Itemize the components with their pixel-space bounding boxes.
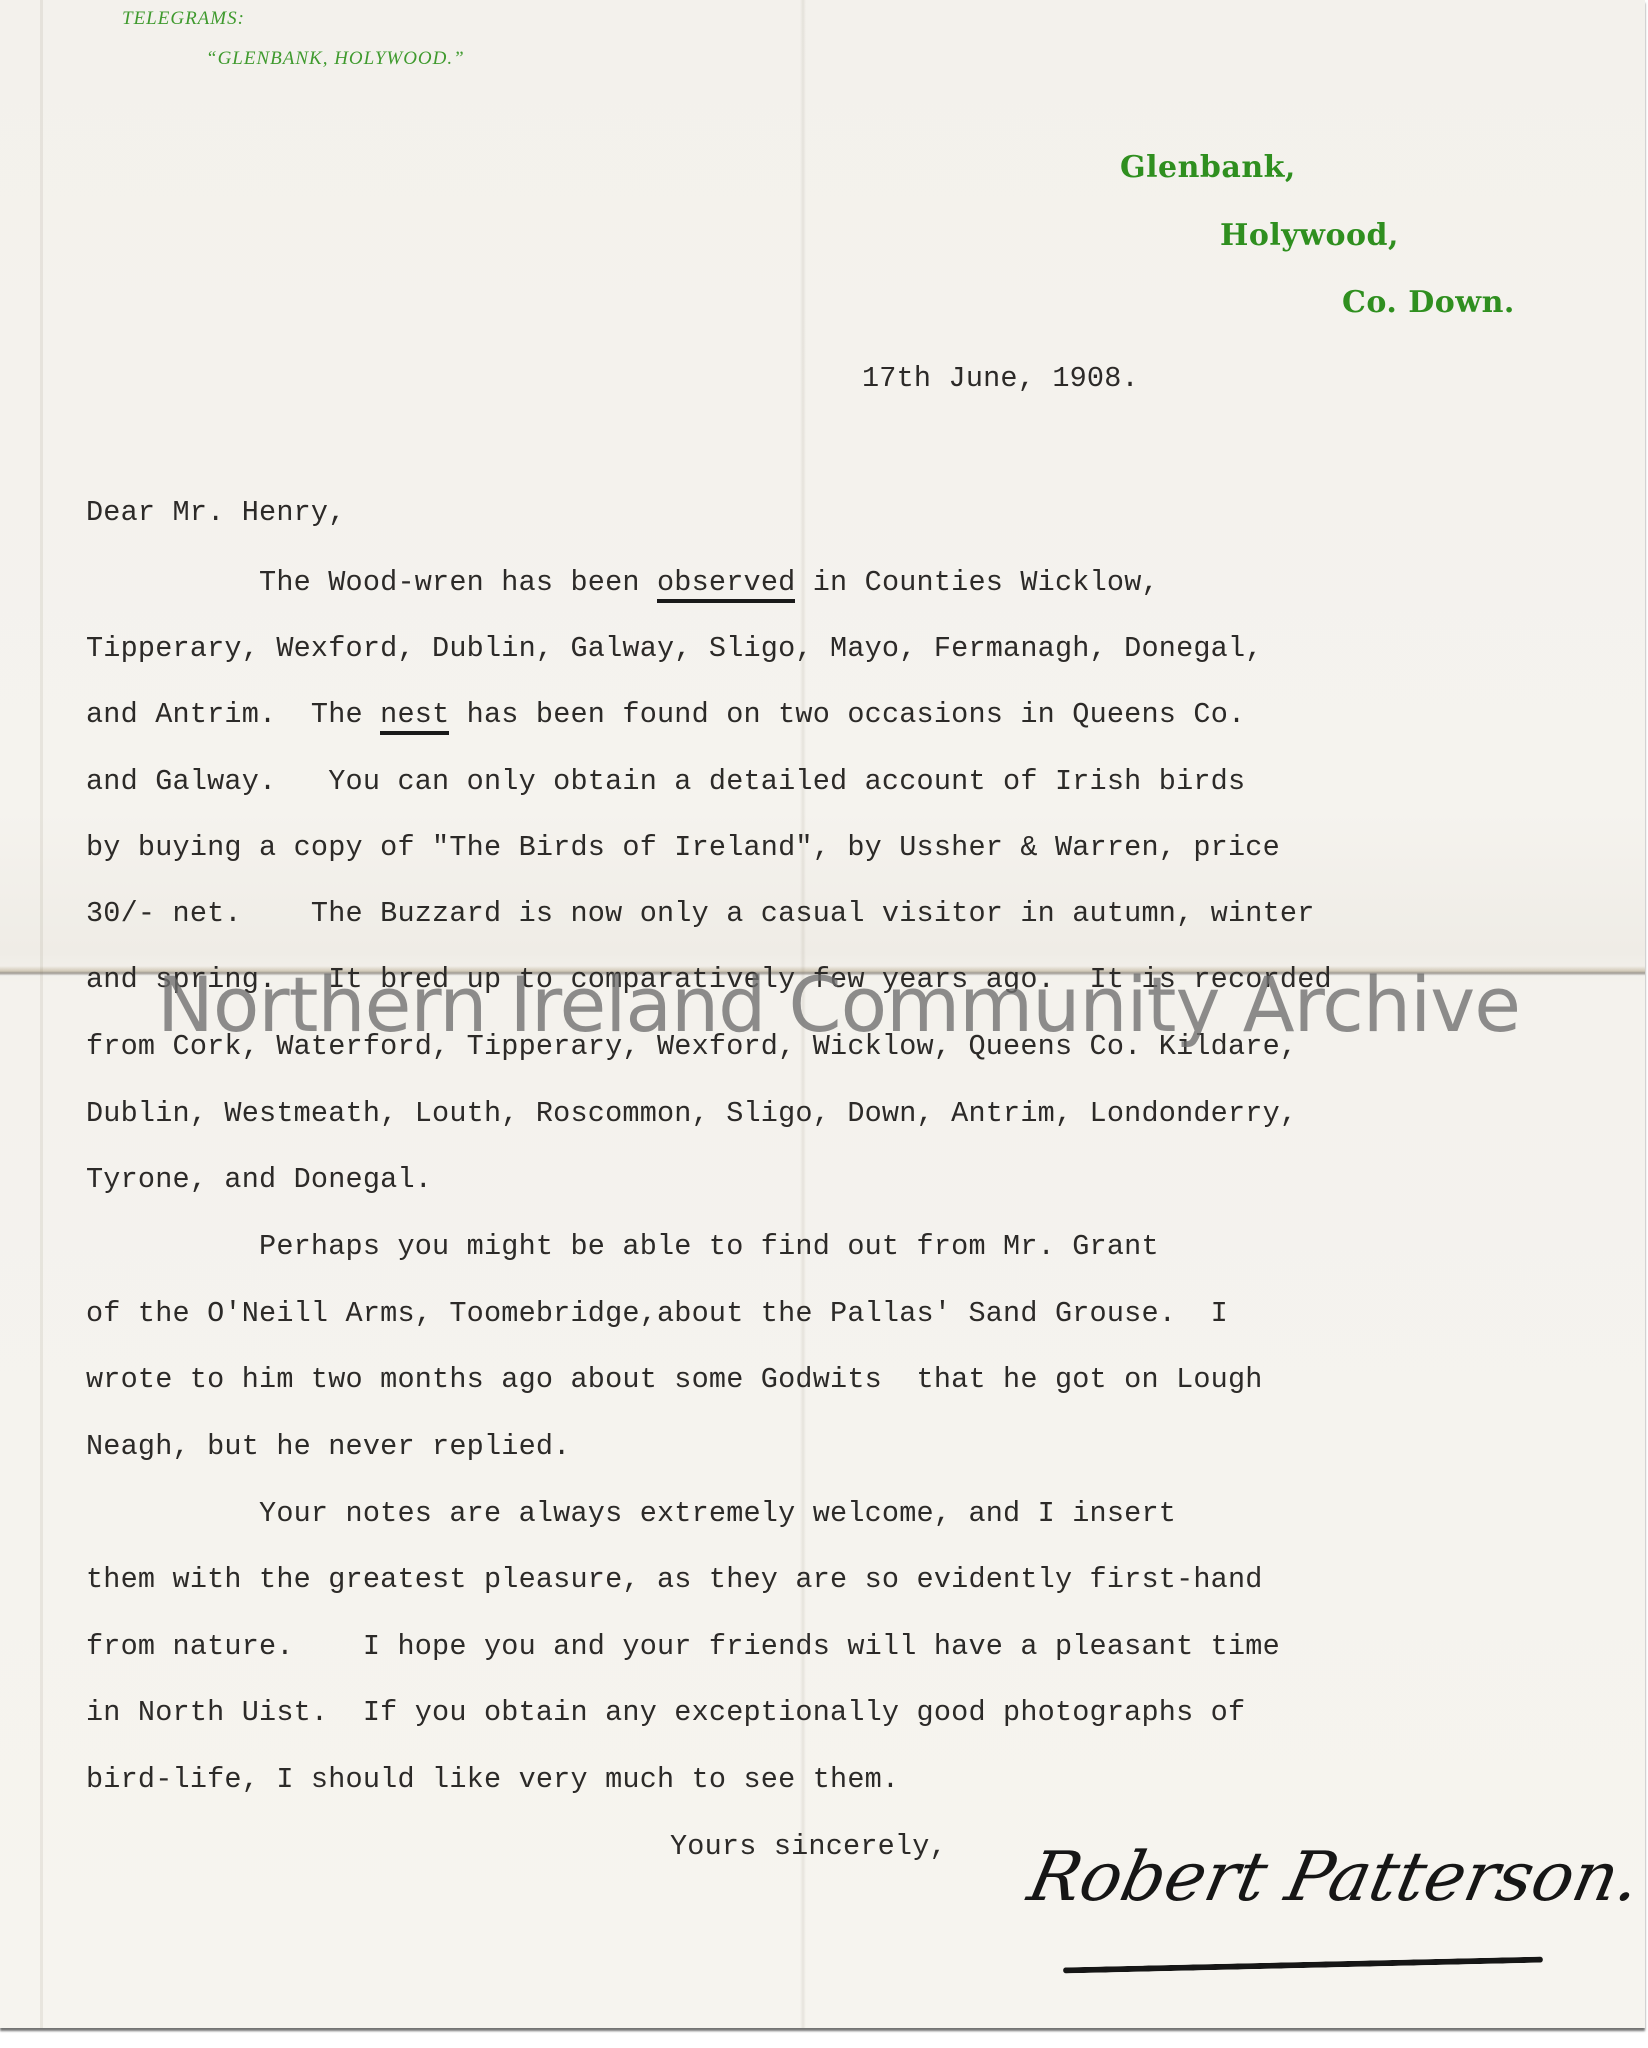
telegrams-address: “GLENBANK, HOLYWOOD.” [206, 48, 465, 70]
body-line-18: in North Uist. If you obtain any excepti… [86, 1696, 1245, 1729]
archive-watermark: Northern Ireland Community Archive [157, 960, 1520, 1049]
closing: Yours sincerely, [670, 1830, 947, 1863]
underlined-nest: nest [380, 698, 449, 735]
address-line-1: Glenbank, [1120, 150, 1296, 185]
body-line-1-end: in Counties Wicklow, [795, 566, 1158, 599]
signature-underline [1063, 1957, 1543, 1974]
letter-date: 17th June, 1908. [862, 362, 1139, 395]
body-line-17: from nature. I hope you and your friends… [86, 1630, 1280, 1663]
body-line-1-start: The Wood-wren has been [86, 566, 657, 599]
address-line-3: Co. Down. [1342, 285, 1515, 320]
body-line-4: and Galway. You can only obtain a detail… [86, 765, 1245, 798]
body-line-1: The Wood-wren has been observed in Count… [86, 566, 1159, 599]
telegrams-label: TELEGRAMS: [122, 8, 245, 30]
signature: Robert Patterson. [1022, 1838, 1648, 1917]
salutation: Dear Mr. Henry, [86, 496, 346, 529]
body-line-11: Perhaps you might be able to find out fr… [86, 1230, 1159, 1263]
body-line-10: Tyrone, and Donegal. [86, 1163, 432, 1196]
body-line-3-end: has been found on two occasions in Queen… [449, 698, 1245, 731]
body-line-13: wrote to him two months ago about some G… [86, 1363, 1263, 1396]
body-line-6: 30/- net. The Buzzard is now only a casu… [86, 897, 1315, 930]
letter-page: TELEGRAMS: “GLENBANK, HOLYWOOD.” Glenban… [0, 0, 1645, 2028]
body-line-12: of the O'Neill Arms, Toomebridge,about t… [86, 1297, 1228, 1330]
body-line-9: Dublin, Westmeath, Louth, Roscommon, Sli… [86, 1097, 1297, 1130]
body-line-3-start: and Antrim. The [86, 698, 380, 731]
body-line-14: Neagh, but he never replied. [86, 1430, 570, 1463]
body-line-15: Your notes are always extremely welcome,… [86, 1497, 1176, 1530]
body-line-16: them with the greatest pleasure, as they… [86, 1563, 1263, 1596]
underlined-observed: observed [657, 566, 795, 603]
left-crease [40, 0, 43, 2028]
body-line-2: Tipperary, Wexford, Dublin, Galway, Slig… [86, 632, 1263, 665]
body-line-19: bird-life, I should like very much to se… [86, 1763, 899, 1796]
address-line-2: Holywood, [1220, 218, 1399, 253]
body-line-3: and Antrim. The nest has been found on t… [86, 698, 1245, 731]
body-line-5: by buying a copy of "The Birds of Irelan… [86, 831, 1280, 864]
